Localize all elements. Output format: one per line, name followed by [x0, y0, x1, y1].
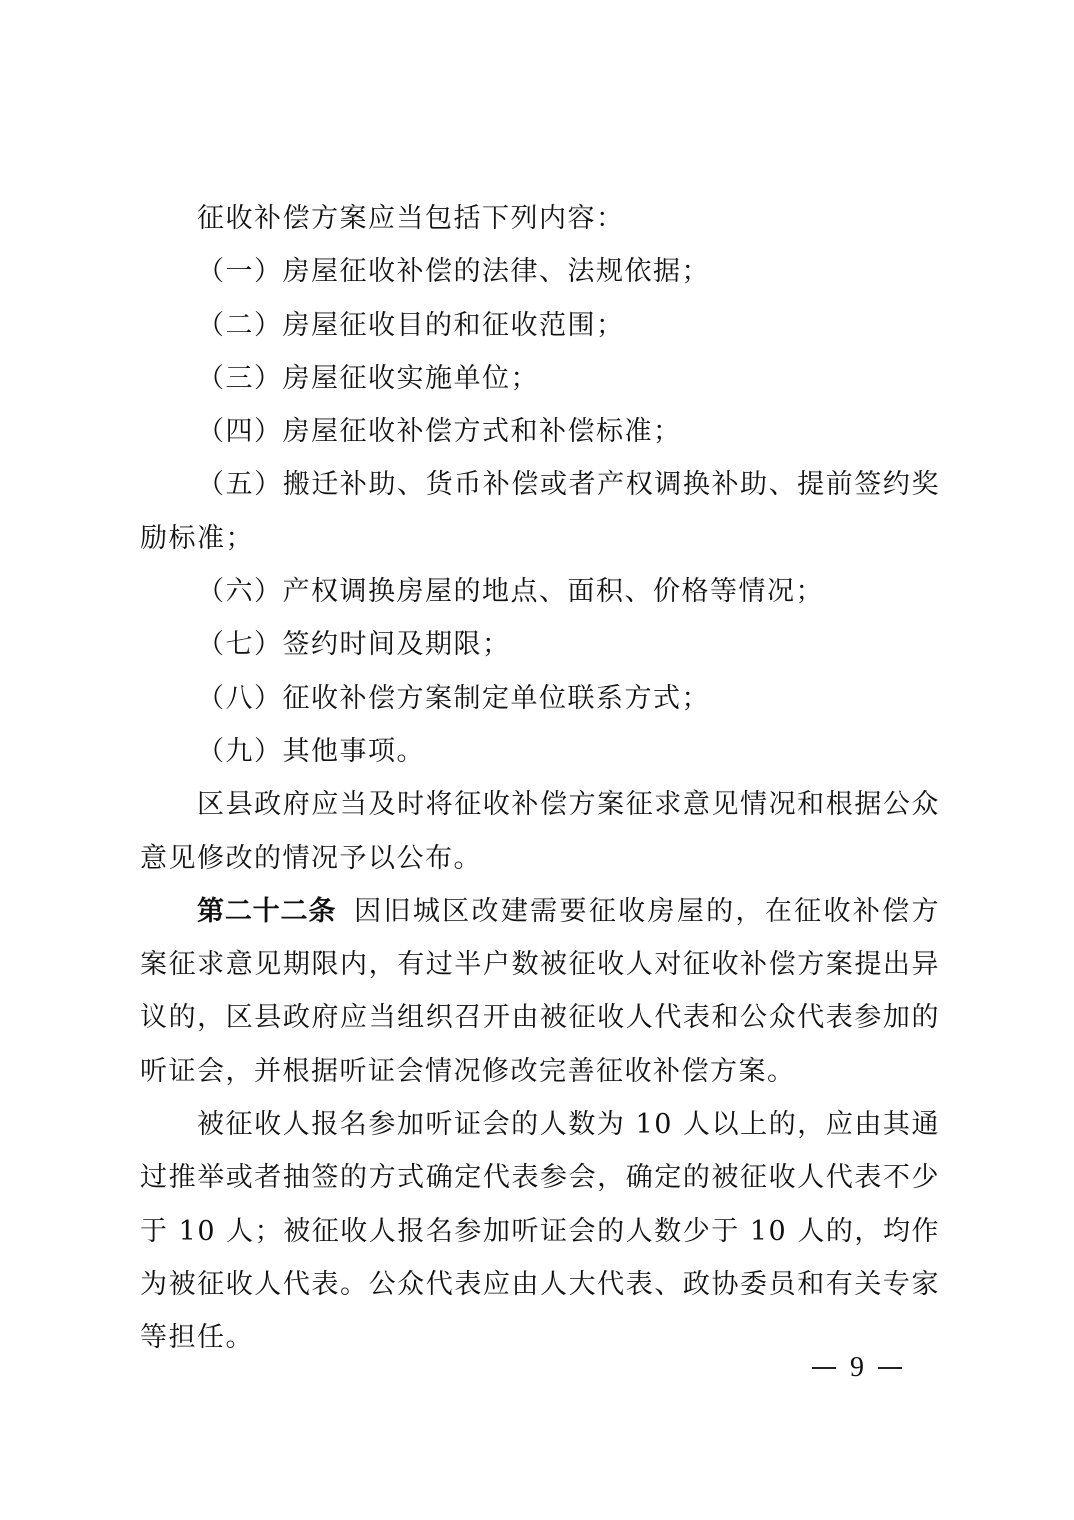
list-item-2: （二）房屋征收目的和征收范围；: [140, 299, 940, 352]
list-item-7: （七）签约时间及期限；: [140, 618, 940, 671]
page-number: 9: [812, 1352, 912, 1384]
document-body: 征收补偿方案应当包括下列内容： （一）房屋征收补偿的法律、法规依据； （二）房屋…: [140, 192, 940, 1365]
list-item-4: （四）房屋征收补偿方式和补偿标准；: [140, 405, 940, 458]
paragraph-representatives: 被征收人报名参加听证会的人数为 10 人以上的，应由其通过推举或者抽签的方式确定…: [140, 1098, 940, 1364]
page-number-value: 9: [850, 1352, 864, 1384]
dash-left: [812, 1367, 836, 1369]
paragraph-intro: 征收补偿方案应当包括下列内容：: [140, 192, 940, 245]
list-item-9: （九）其他事项。: [140, 725, 940, 778]
document-page: 征收补偿方案应当包括下列内容： （一）房屋征收补偿的法律、法规依据； （二）房屋…: [0, 0, 1074, 1520]
list-item-3: （三）房屋征收实施单位；: [140, 352, 940, 405]
list-item-8: （八）征收补偿方案制定单位联系方式；: [140, 672, 940, 725]
article-22: 第二十二条因旧城区改建需要征收房屋的，在征收补偿方案征求意见期限内，有过半户数被…: [140, 885, 940, 1098]
paragraph-publish: 区县政府应当及时将征收补偿方案征求意见情况和根据公众意见修改的情况予以公布。: [140, 778, 940, 885]
list-item-5: （五）搬迁补助、货币补偿或者产权调换补助、提前签约奖励标准；: [140, 458, 940, 565]
list-item-1: （一）房屋征收补偿的法律、法规依据；: [140, 245, 940, 298]
list-item-6: （六）产权调换房屋的地点、面积、价格等情况；: [140, 565, 940, 618]
dash-right: [878, 1367, 902, 1369]
article-heading: 第二十二条: [197, 896, 336, 927]
